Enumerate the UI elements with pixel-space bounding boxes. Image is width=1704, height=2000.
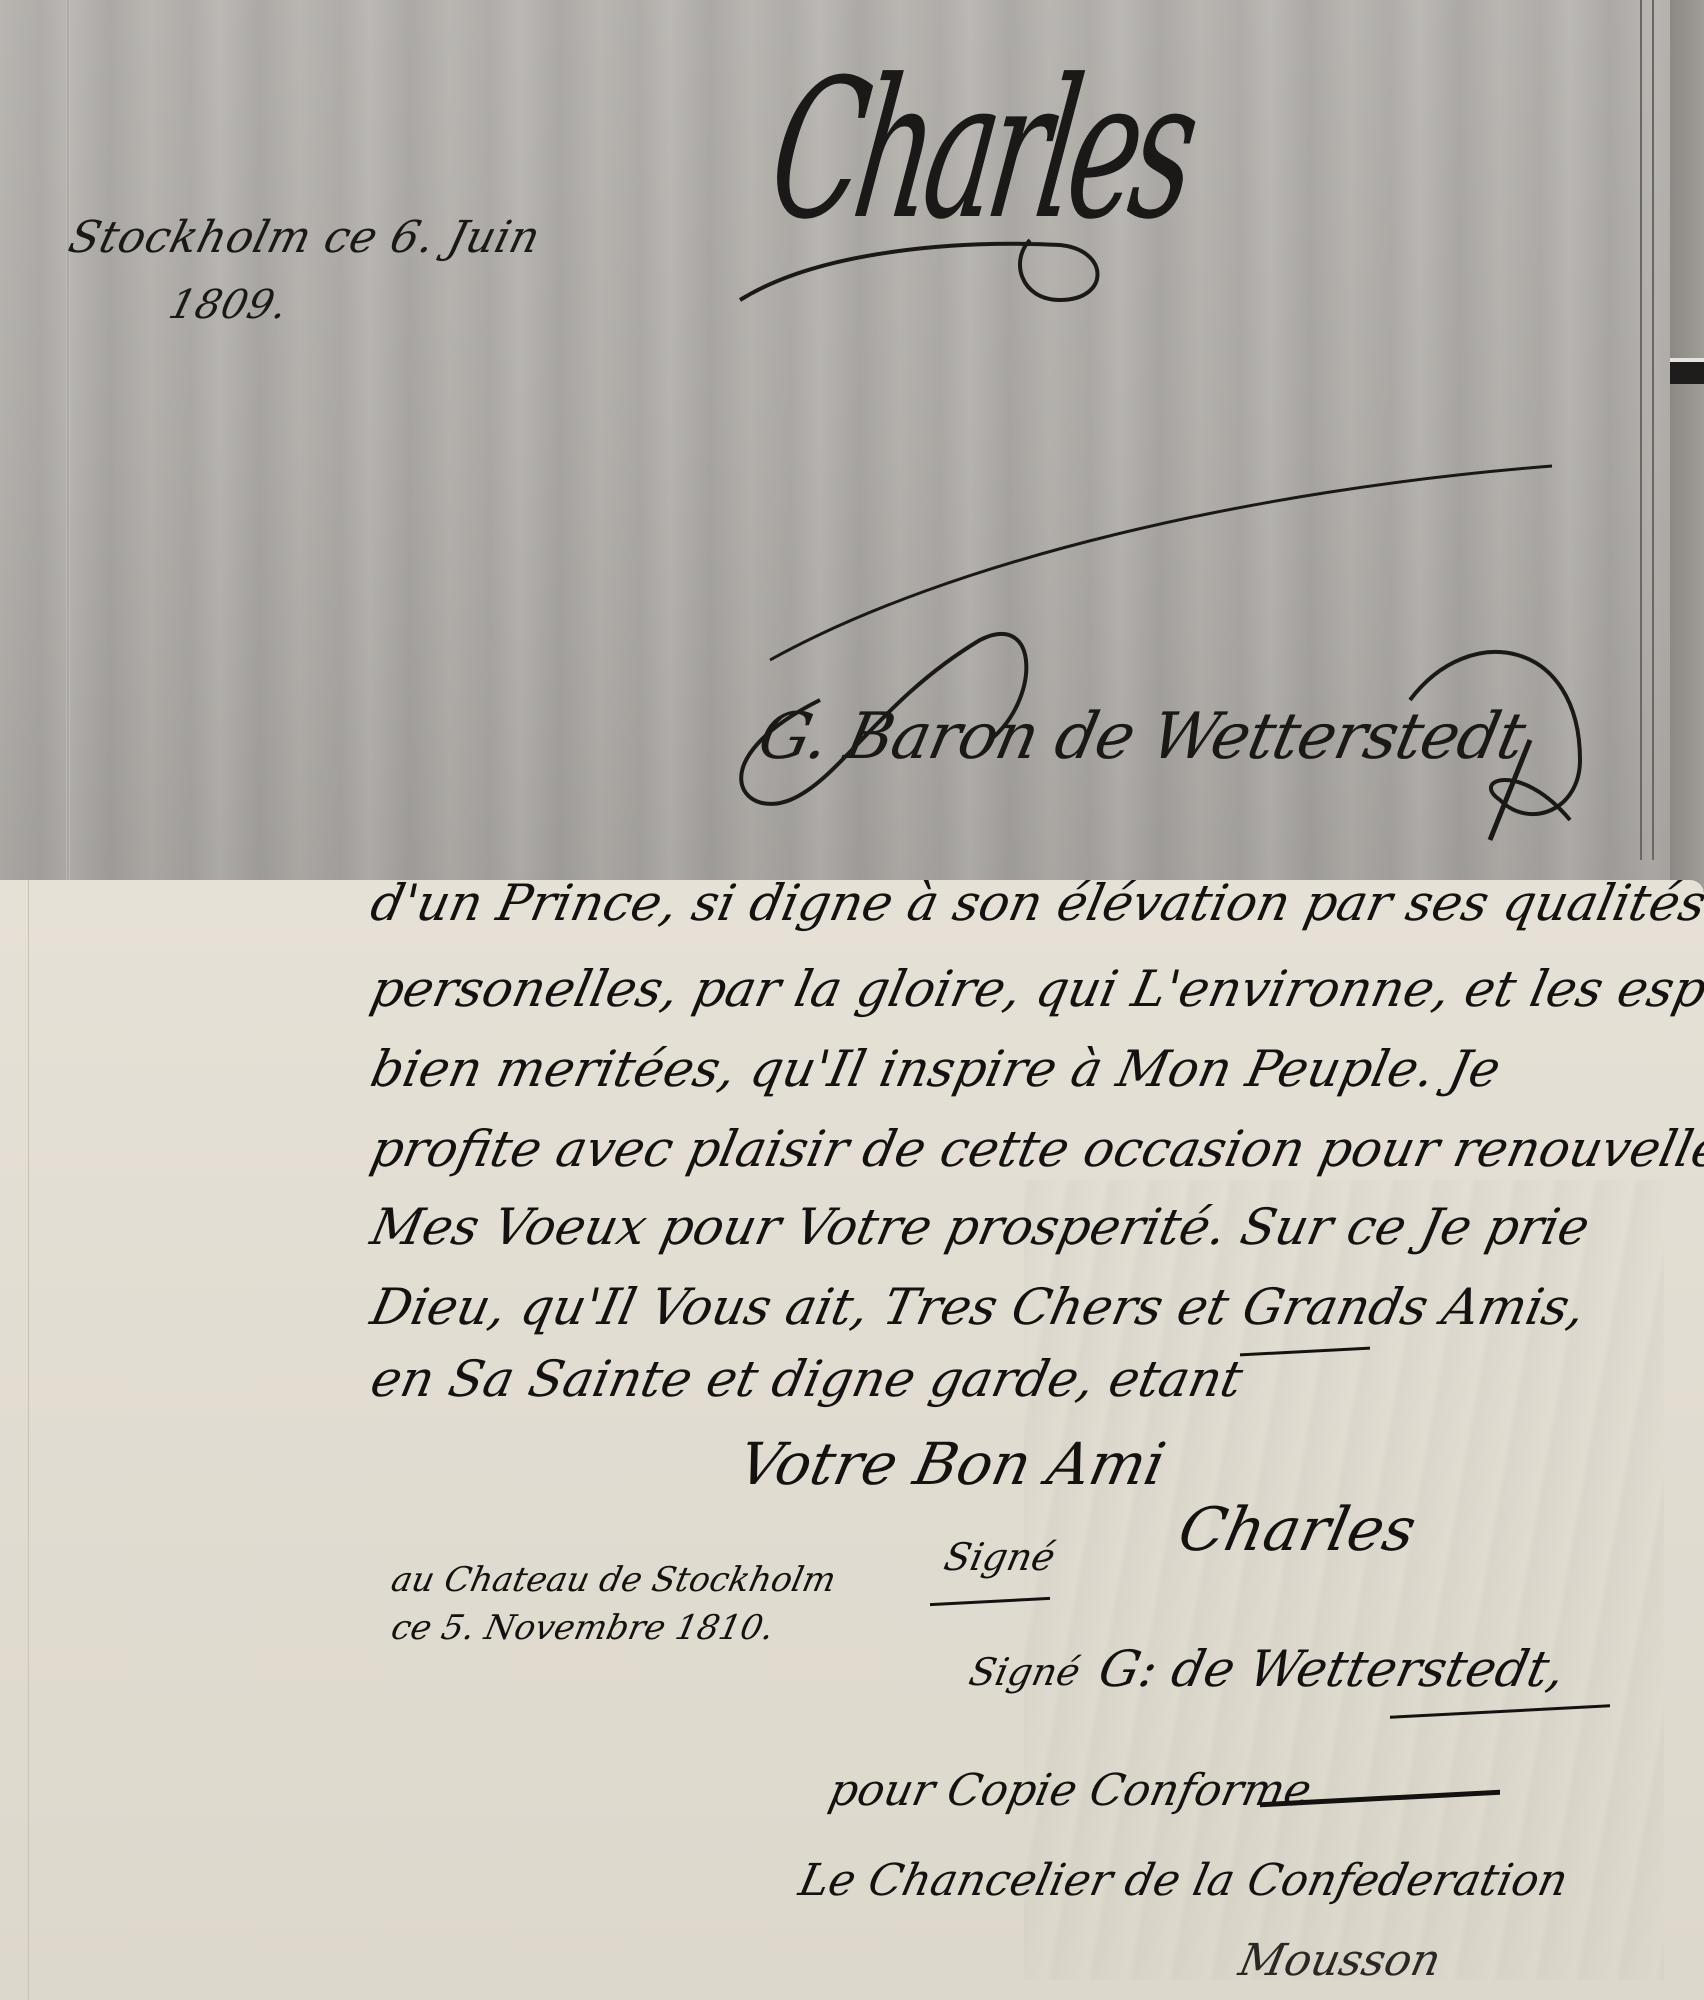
copied-royal-signature: Charles [1173,1495,1422,1565]
letter-line: Mes Voeux pour Votre prosperité. Sur ce … [366,1198,1595,1256]
certifier-title: Le Chancelier de la Confederation [795,1855,1573,1906]
letter-line: d'un Prince, si digne à son élévation pa… [366,874,1704,932]
signed-label: Signé [940,1535,1059,1579]
page-edge-line [1640,0,1642,860]
lower-document-letter: d'un Prince, si digne à son élévation pa… [0,880,1704,2000]
letter-line: personelles, par la gloire, qui L'enviro… [366,960,1704,1018]
binding-tab [1670,358,1704,384]
signed-label: Signé [965,1650,1084,1694]
page-edge-line [1652,0,1654,860]
upper-document-photocopy: Stockholm ce 6. Juin 1809. Charles G. Ba… [0,0,1704,890]
page-margin-rule [66,0,70,890]
letter-line: Dieu, qu'Il Vous ait, Tres Chers et Gran… [366,1278,1591,1336]
royal-signature: Charles [759,40,1203,262]
certification-line: pour Copie Conforme [825,1765,1316,1816]
countersignature: G. Baron de Wetterstedt [752,700,1531,774]
certifier-signature: Mousson [1235,1935,1446,1986]
place-line: au Chateau de Stockholm [388,1560,840,1600]
date-line: ce 5. Novembre 1810. [388,1608,778,1648]
closing-salutation: Votre Bon Ami [733,1430,1172,1498]
page-fold-line [28,880,29,2000]
place-date: Stockholm ce 6. Juin [64,212,546,263]
binding-strip [1670,0,1704,890]
year: 1809. [164,282,292,328]
letter-line: bien meritées, qu'Il inspire à Mon Peupl… [366,1040,1506,1098]
copied-countersignature: G: de Wetterstedt, [1094,1640,1570,1698]
letter-line: en Sa Sainte et digne garde, etant [366,1350,1248,1408]
letter-line: profite avec plaisir de cette occasion p… [366,1120,1704,1178]
